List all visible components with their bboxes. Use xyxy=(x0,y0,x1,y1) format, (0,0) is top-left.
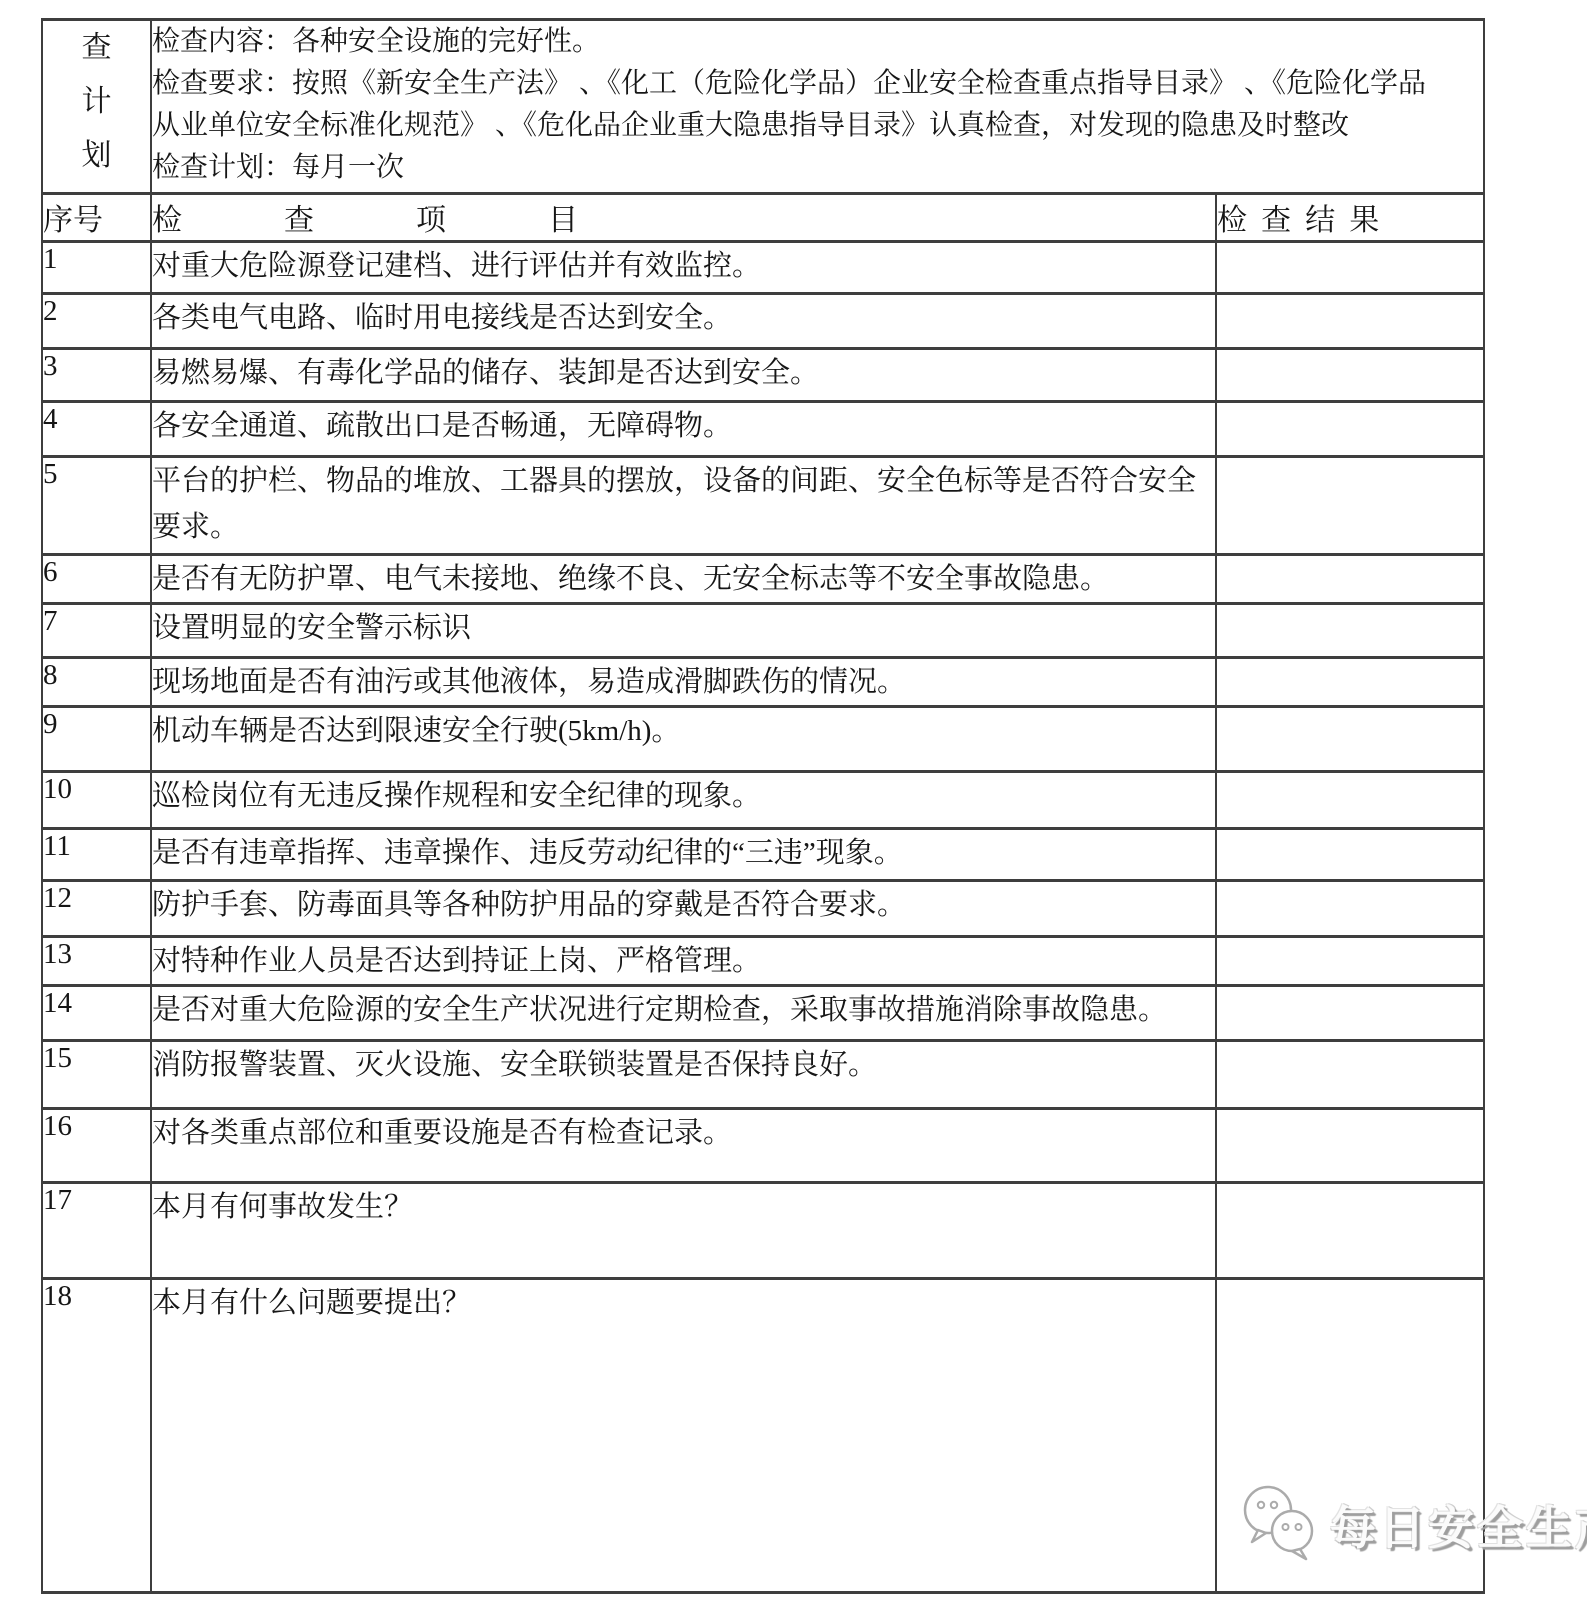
table-row: 17 本月有何事故发生？ xyxy=(42,1183,1484,1279)
row-item: 是否有无防护罩、电气未接地、绝缘不良、无安全标志等不安全事故隐患。 xyxy=(151,555,1216,604)
table-row: 12 防护手套、防毒面具等各种防护用品的穿戴是否符合要求。 xyxy=(42,881,1484,937)
plan-line: 检查计划：每月一次 xyxy=(152,147,1483,189)
row-result xyxy=(1216,937,1484,986)
row-result xyxy=(1216,604,1484,658)
row-result xyxy=(1216,881,1484,937)
row-result xyxy=(1216,1041,1484,1109)
row-item: 各安全通道、疏散出口是否畅通，无障碍物。 xyxy=(151,402,1216,457)
row-result xyxy=(1216,402,1484,457)
row-item: 现场地面是否有油污或其他液体，易造成滑脚跌伤的情况。 xyxy=(151,658,1216,707)
row-no: 14 xyxy=(42,986,151,1041)
document-page: 查 计 划 检查内容：各种安全设施的完好性。 检查要求：按照《新安全生产法》 、… xyxy=(0,0,1587,1599)
row-no: 9 xyxy=(42,707,151,772)
row-item: 各类电气电路、临时用电接线是否达到安全。 xyxy=(151,294,1216,349)
table-row: 3 易燃易爆、有毒化学品的储存、装卸是否达到安全。 xyxy=(42,349,1484,402)
header-item: 检查项目 xyxy=(151,194,1216,242)
row-result xyxy=(1216,1183,1484,1279)
watermark: 每日安全生产 xyxy=(1238,1480,1587,1569)
plan-line: 检查要求：按照《新安全生产法》 、《化工（危险化学品）企业安全检查重点指导目录》… xyxy=(152,63,1483,105)
row-no: 18 xyxy=(42,1279,151,1593)
table-row: 5 平台的护栏、物品的堆放、工器具的摆放，设备的间距、安全色标等是否符合安全要求… xyxy=(42,457,1484,555)
row-no: 12 xyxy=(42,881,151,937)
row-item: 机动车辆是否达到限速安全行驶(5km/h)。 xyxy=(151,707,1216,772)
plan-row: 查 计 划 检查内容：各种安全设施的完好性。 检查要求：按照《新安全生产法》 、… xyxy=(42,20,1484,194)
row-no: 6 xyxy=(42,555,151,604)
table-row: 6 是否有无防护罩、电气未接地、绝缘不良、无安全标志等不安全事故隐患。 xyxy=(42,555,1484,604)
row-no: 5 xyxy=(42,457,151,555)
row-item: 消防报警装置、灭火设施、安全联锁装置是否保持良好。 xyxy=(151,1041,1216,1109)
row-no: 3 xyxy=(42,349,151,402)
table-row: 13 对特种作业人员是否达到持证上岗、严格管理。 xyxy=(42,937,1484,986)
table-row: 16 对各类重点部位和重要设施是否有检查记录。 xyxy=(42,1109,1484,1183)
row-item: 设置明显的安全警示标识 xyxy=(151,604,1216,658)
row-no: 1 xyxy=(42,242,151,294)
table-row: 7 设置明显的安全警示标识 xyxy=(42,604,1484,658)
row-result xyxy=(1216,349,1484,402)
row-result xyxy=(1216,1109,1484,1183)
row-no: 2 xyxy=(42,294,151,349)
row-item: 防护手套、防毒面具等各种防护用品的穿戴是否符合要求。 xyxy=(151,881,1216,937)
row-item: 是否有违章指挥、违章操作、违反劳动纪律的“三违”现象。 xyxy=(151,829,1216,881)
table-row: 9 机动车辆是否达到限速安全行驶(5km/h)。 xyxy=(42,707,1484,772)
row-item: 巡检岗位有无违反操作规程和安全纪律的现象。 xyxy=(151,772,1216,829)
table-row: 15 消防报警装置、灭火设施、安全联锁装置是否保持良好。 xyxy=(42,1041,1484,1109)
header-result: 检查结果 xyxy=(1216,194,1484,242)
row-result xyxy=(1216,457,1484,555)
table-row: 8 现场地面是否有油污或其他液体，易造成滑脚跌伤的情况。 xyxy=(42,658,1484,707)
row-result xyxy=(1216,555,1484,604)
row-item: 平台的护栏、物品的堆放、工器具的摆放，设备的间距、安全色标等是否符合安全要求。 xyxy=(151,457,1216,555)
row-no: 4 xyxy=(42,402,151,457)
row-no: 10 xyxy=(42,772,151,829)
table-row: 11 是否有违章指挥、违章操作、违反劳动纪律的“三违”现象。 xyxy=(42,829,1484,881)
row-item: 本月有何事故发生？ xyxy=(151,1183,1216,1279)
table-row: 10 巡检岗位有无违反操作规程和安全纪律的现象。 xyxy=(42,772,1484,829)
column-header-row: 序号 检查项目 检查结果 xyxy=(42,194,1484,242)
inspection-table: 查 计 划 检查内容：各种安全设施的完好性。 检查要求：按照《新安全生产法》 、… xyxy=(41,18,1485,1594)
row-result xyxy=(1216,772,1484,829)
row-result xyxy=(1216,707,1484,772)
row-result xyxy=(1216,242,1484,294)
plan-line: 从业单位安全标准化规范》 、《危化品企业重大隐患指导目录》认真检查，对发现的隐患… xyxy=(152,105,1483,147)
row-no: 15 xyxy=(42,1041,151,1109)
plan-text-cell: 检查内容：各种安全设施的完好性。 检查要求：按照《新安全生产法》 、《化工（危险… xyxy=(151,20,1484,194)
row-item: 对特种作业人员是否达到持证上岗、严格管理。 xyxy=(151,937,1216,986)
row-no: 11 xyxy=(42,829,151,881)
row-item: 是否对重大危险源的安全生产状况进行定期检查，采取事故措施消除事故隐患。 xyxy=(151,986,1216,1041)
table-row: 1 对重大危险源登记建档、进行评估并有效监控。 xyxy=(42,242,1484,294)
row-result xyxy=(1216,294,1484,349)
row-result xyxy=(1216,986,1484,1041)
wechat-icon xyxy=(1238,1480,1322,1569)
table-row: 4 各安全通道、疏散出口是否畅通，无障碍物。 xyxy=(42,402,1484,457)
table-row: 14 是否对重大危险源的安全生产状况进行定期检查，采取事故措施消除事故隐患。 xyxy=(42,986,1484,1041)
row-no: 17 xyxy=(42,1183,151,1279)
row-item: 对各类重点部位和重要设施是否有检查记录。 xyxy=(151,1109,1216,1183)
watermark-text: 每日安全生产 xyxy=(1330,1492,1587,1558)
plan-side-label: 查 计 划 xyxy=(42,20,151,194)
row-result xyxy=(1216,658,1484,707)
row-no: 13 xyxy=(42,937,151,986)
row-item: 对重大危险源登记建档、进行评估并有效监控。 xyxy=(151,242,1216,294)
row-item: 易燃易爆、有毒化学品的储存、装卸是否达到安全。 xyxy=(151,349,1216,402)
plan-line: 检查内容：各种安全设施的完好性。 xyxy=(152,21,1483,63)
table-row: 2 各类电气电路、临时用电接线是否达到安全。 xyxy=(42,294,1484,349)
row-item: 本月有什么问题要提出？ xyxy=(151,1279,1216,1593)
row-result xyxy=(1216,829,1484,881)
row-no: 8 xyxy=(42,658,151,707)
row-no: 7 xyxy=(42,604,151,658)
row-no: 16 xyxy=(42,1109,151,1183)
header-no: 序号 xyxy=(42,194,151,242)
